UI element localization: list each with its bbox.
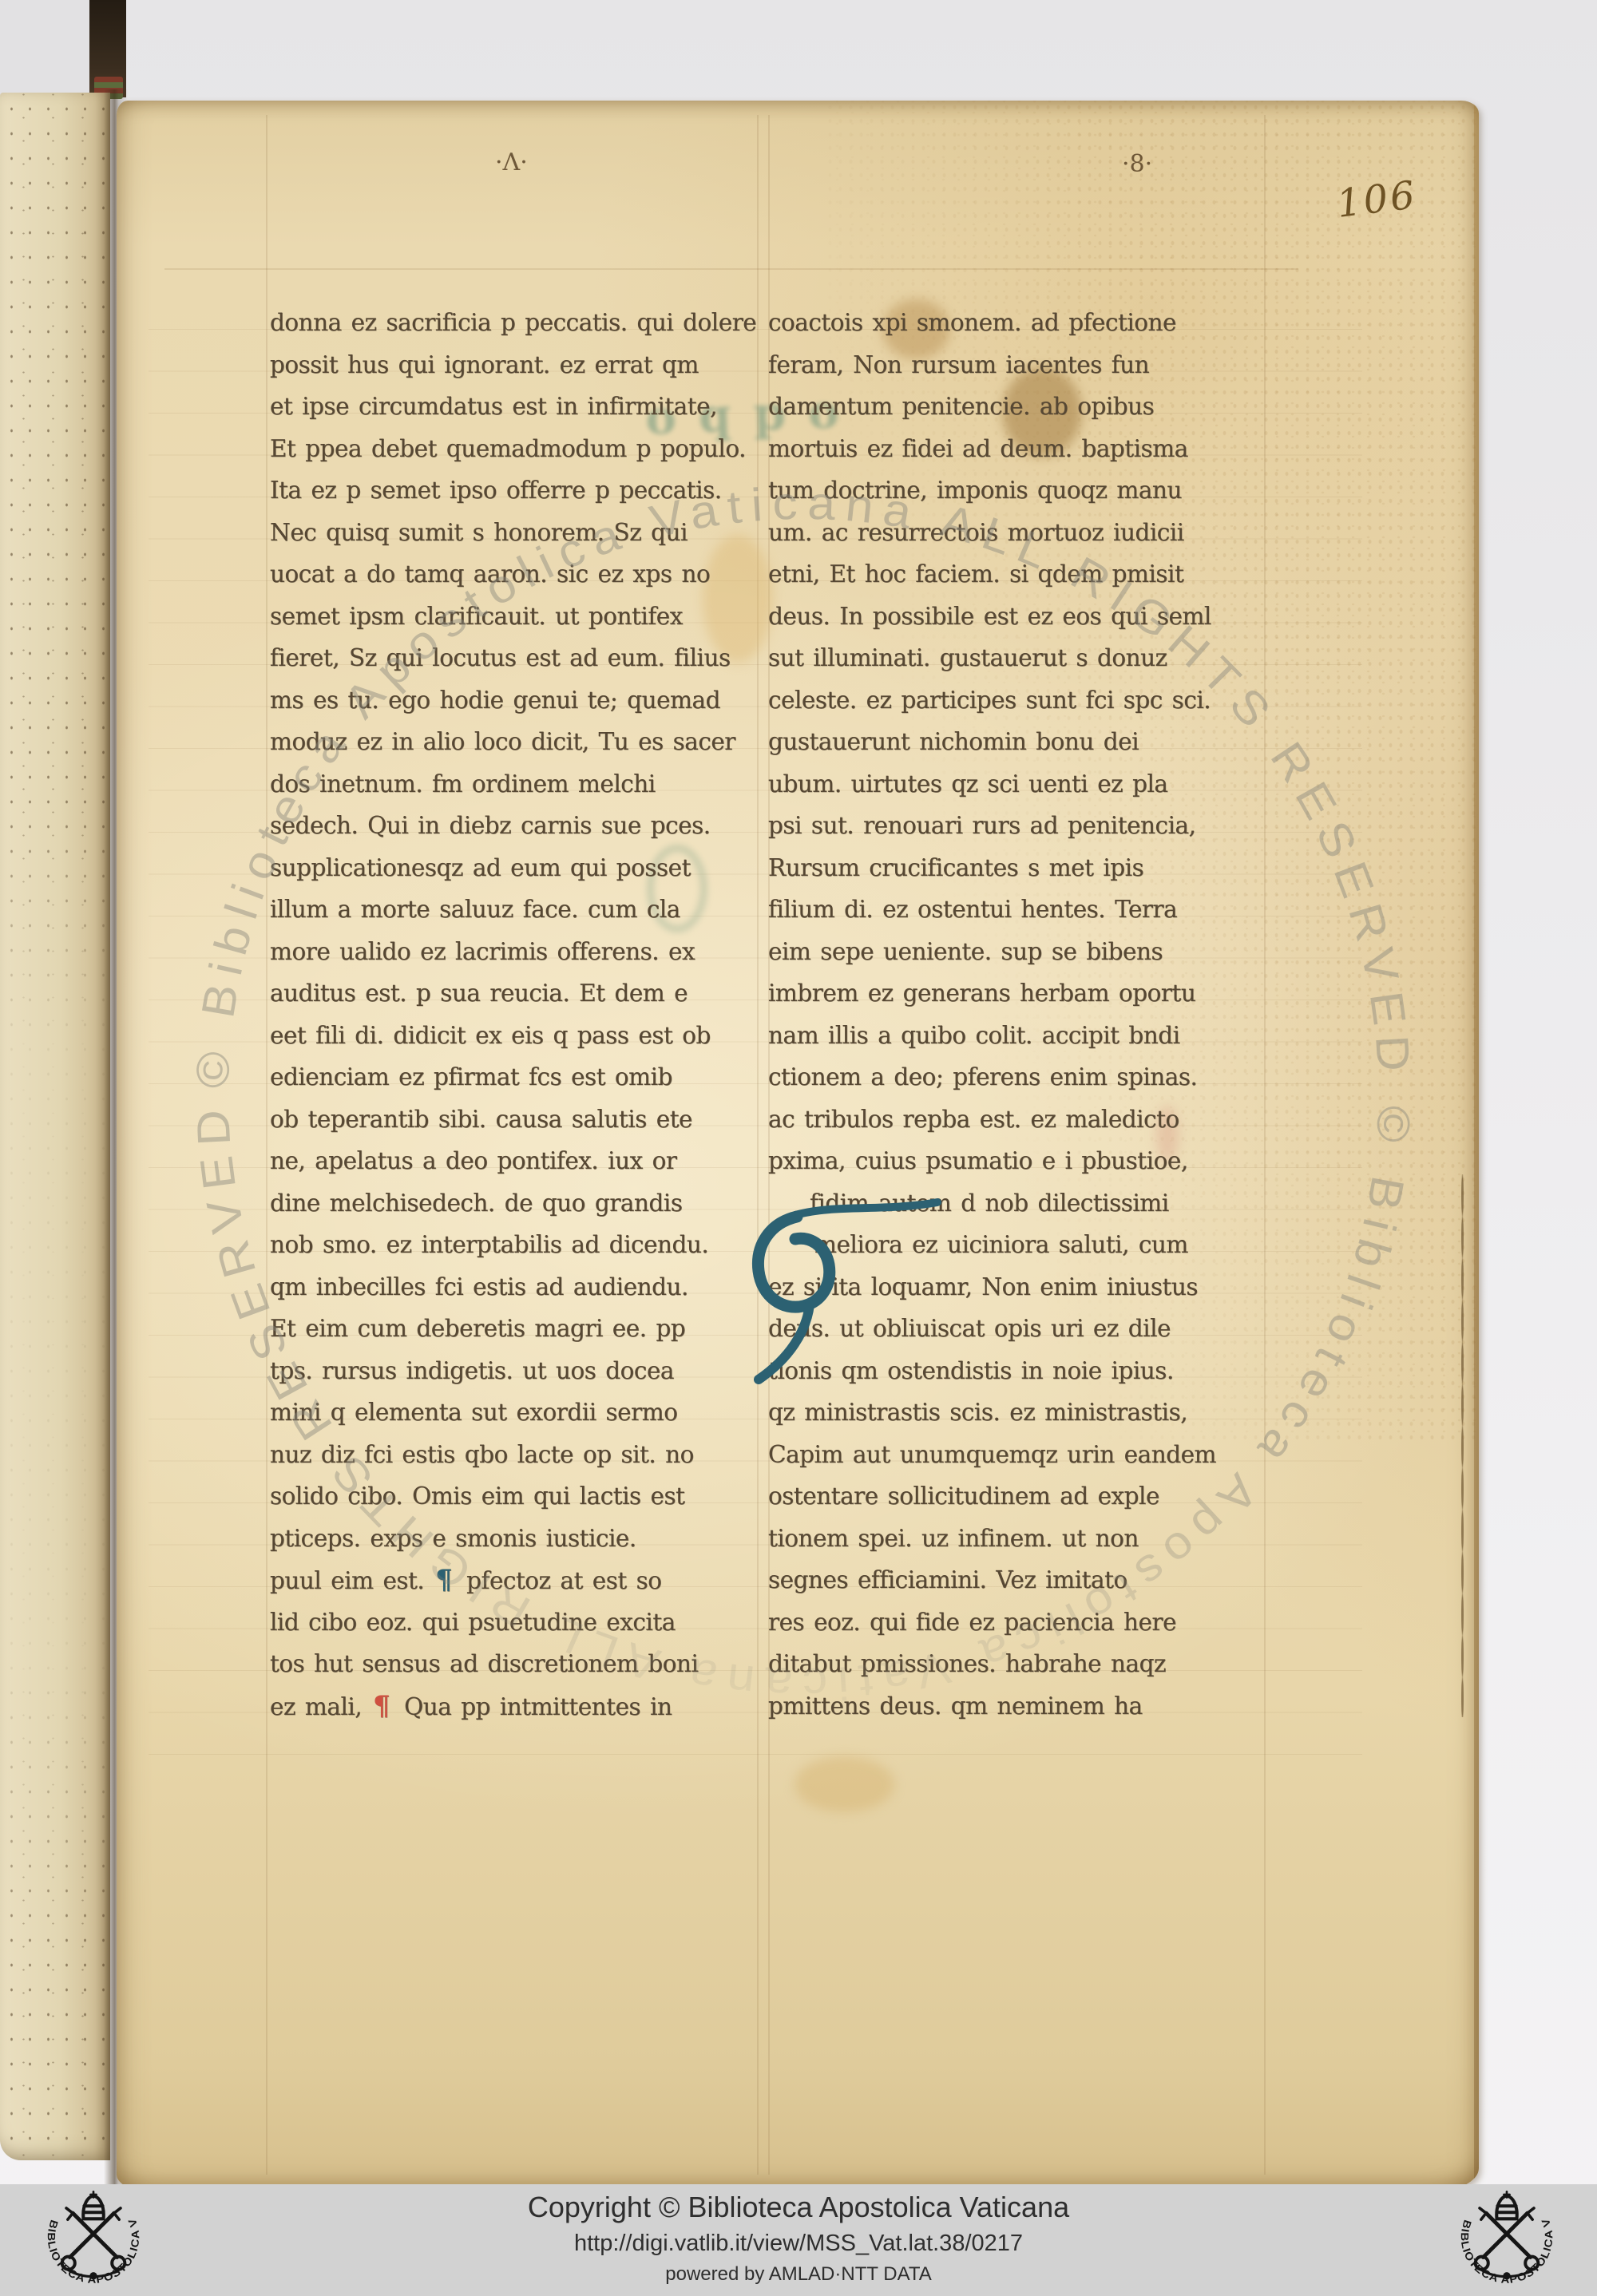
vatican-library-logo: BIBLIOTECA APOSTOLICA VATICANA: [1431, 2187, 1583, 2294]
copyright-line: Copyright © Biblioteca Apostolica Vatica…: [528, 2191, 1069, 2224]
powered-by-line: powered by AMLAD·NTT DATA: [665, 2263, 931, 2286]
footer-copyright-bar: Copyright © Biblioteca Apostolica Vatica…: [0, 2184, 1597, 2296]
svg-text:BIBLIOTECA APOSTOLICA VATICANA: BIBLIOTECA APOSTOLICA VATICANA: [1434, 2187, 1555, 2286]
vatican-library-logo: BIBLIOTECA APOSTOLICA VATICANA: [18, 2187, 169, 2294]
footer-text-block: Copyright © Biblioteca Apostolica Vatica…: [0, 2191, 1597, 2286]
foxing-speckles: [0, 93, 110, 2160]
watermark-text: © Biblioteca Apostolica Vaticana ALL RIG…: [187, 477, 1421, 1711]
logo-arc-text: BIBLIOTECA APOSTOLICA VATICANA: [1434, 2187, 1555, 2286]
papal-keys-tiara-emblem: [62, 2191, 125, 2278]
source-url: http://digi.vatlib.it/view/MSS_Vat.lat.3…: [574, 2231, 1023, 2257]
manuscript-scan-viewer: oqpo ·Λ· ·8· 106 donna ez sacrificia p p…: [0, 0, 1597, 2296]
manuscript-page: oqpo ·Λ· ·8· 106 donna ez sacrificia p p…: [117, 101, 1479, 2192]
svg-text:BIBLIOTECA APOSTOLICA VATICANA: BIBLIOTECA APOSTOLICA VATICANA: [21, 2187, 141, 2286]
svg-text:© Biblioteca Apostolica Vatica: © Biblioteca Apostolica Vaticana ALL RIG…: [187, 477, 1421, 1711]
copyright-watermark-ring: © Biblioteca Apostolica Vaticana ALL RIG…: [117, 101, 1479, 2192]
page-edge-shading: [1474, 101, 1479, 2192]
papal-keys-tiara-emblem: [1476, 2191, 1539, 2278]
facing-page-edge: [0, 93, 110, 2160]
logo-arc-text: BIBLIOTECA APOSTOLICA VATICANA: [21, 2187, 141, 2286]
